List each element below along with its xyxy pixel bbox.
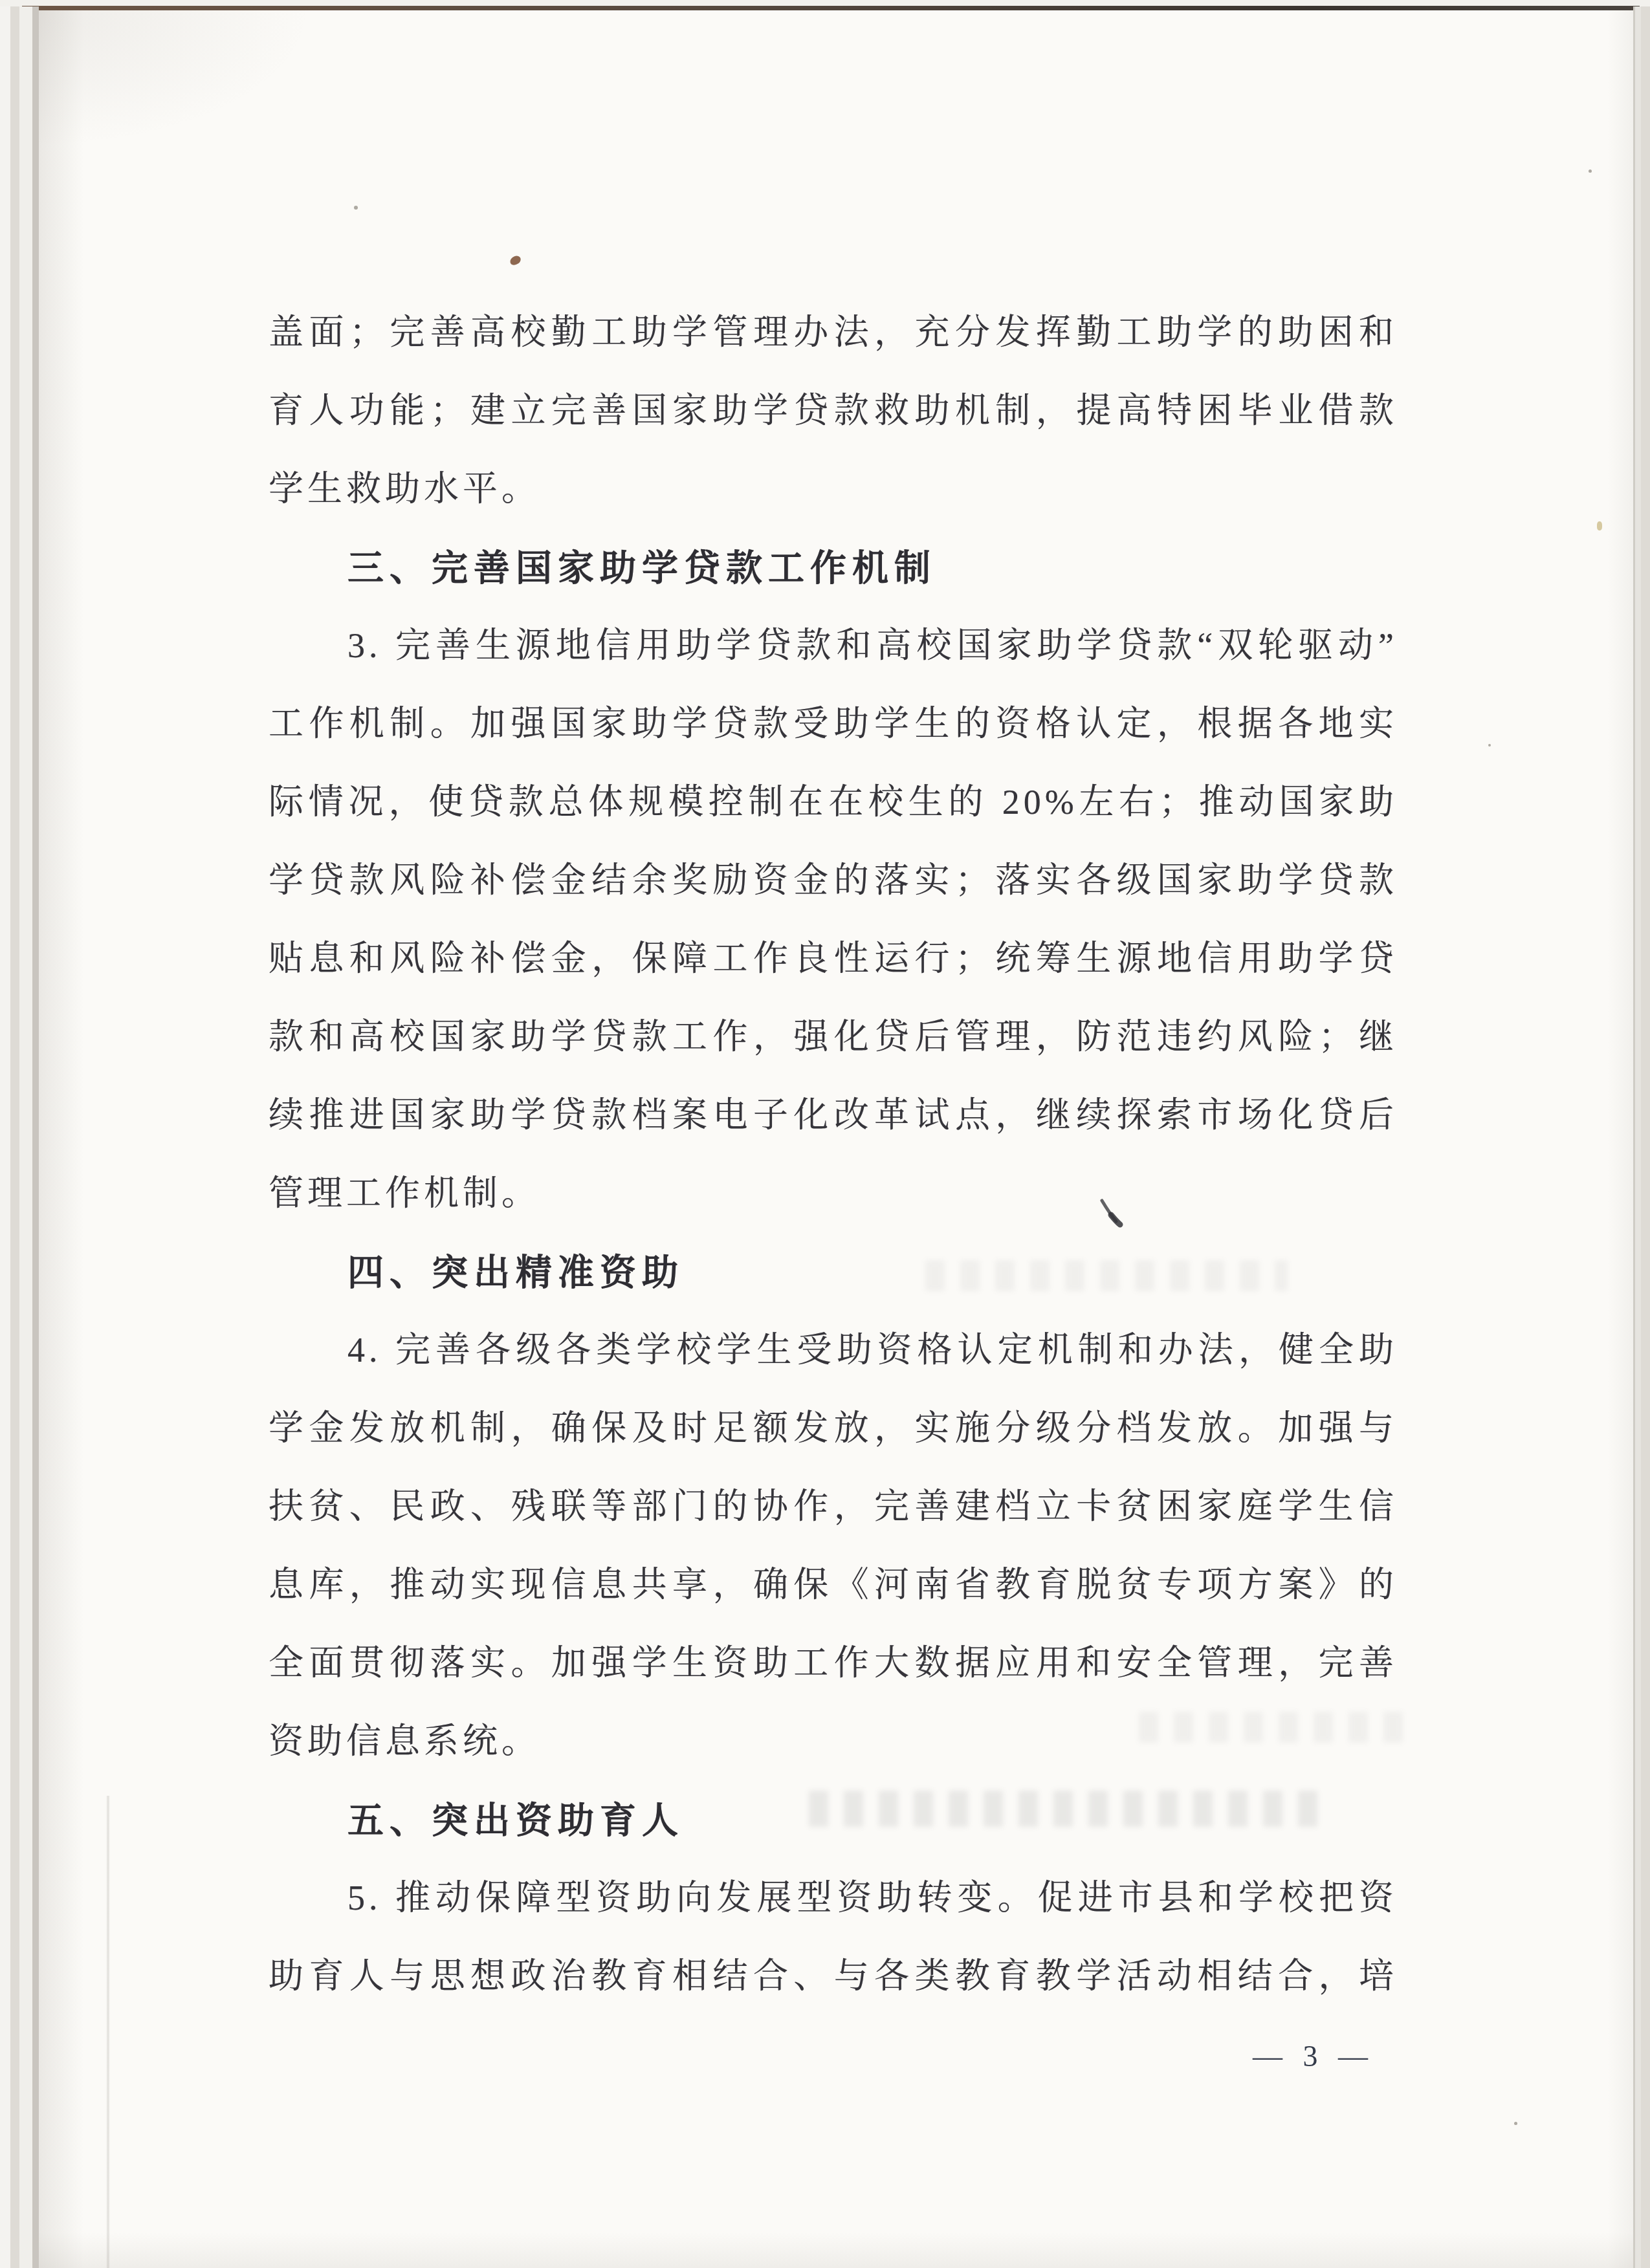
- body-text-line: 5. 推动保障型资助向发展型资助转变。促进市县和学校把资: [269, 1859, 1398, 1937]
- document-body: 盖面；完善高校勤工助学管理办法，充分发挥勤工助学的助困和 育人功能；建立完善国家…: [269, 294, 1398, 2016]
- paper-crease: [106, 1796, 110, 2268]
- body-text-line: 全面贯彻落实。加强学生资助工作大数据应用和安全管理，完善: [269, 1624, 1398, 1703]
- body-text-line: 助育人与思想政治教育相结合、与各类教育教学活动相结合，培: [269, 1937, 1398, 2016]
- body-text-line: 学贷款风险补偿金结余奖励资金的落实；落实各级国家助学贷款: [269, 842, 1398, 920]
- body-text-line: 息库，推动实现信息共享，确保《河南省教育脱贫专项方案》的: [269, 1546, 1398, 1624]
- body-text-line: 3. 完善生源地信用助学贷款和高校国家助学贷款“双轮驱动”: [269, 607, 1398, 685]
- scan-right-edge: [1633, 6, 1650, 2268]
- body-text-line: 盖面；完善高校勤工助学管理办法，充分发挥勤工助学的助困和: [269, 294, 1398, 372]
- body-text-line: 贴息和风险补偿金，保障工作良性运行；统筹生源地信用助学贷: [269, 920, 1398, 998]
- body-text-line: 续推进国家助学贷款档案电子化改革试点，继续探索市场化贷后: [269, 1076, 1398, 1155]
- page-top-edge: [22, 6, 1640, 10]
- bleedthrough-mark: [1139, 1712, 1411, 1743]
- scan-speck: [1589, 169, 1592, 173]
- body-text-line: 工作机制。加强国家助学贷款受助学生的资格认定，根据各地实: [269, 685, 1398, 763]
- bleedthrough-mark: [809, 1791, 1320, 1827]
- body-text-line: 育人功能；建立完善国家助学贷款救助机制，提高特困毕业借款: [269, 372, 1398, 450]
- page-number: — 3 —: [1210, 2034, 1417, 2079]
- scan-speck: [1488, 744, 1491, 747]
- scanned-document-page: 盖面；完善高校勤工助学管理办法，充分发挥勤工助学的助困和 育人功能；建立完善国家…: [0, 0, 1650, 2268]
- bleedthrough-mark: [925, 1260, 1288, 1291]
- scan-speck: [354, 206, 358, 210]
- paper-page: 盖面；完善高校勤工助学管理办法，充分发挥勤工助学的助困和 育人功能；建立完善国家…: [39, 10, 1633, 2268]
- body-text-line: 管理工作机制。: [269, 1155, 1398, 1233]
- scan-speck: [1597, 521, 1602, 530]
- body-text-line: 际情况，使贷款总体规模控制在在校生的 20%左右；推动国家助: [269, 763, 1398, 842]
- body-text-line: 款和高校国家助学贷款工作，强化贷后管理，防范违约风险；继: [269, 998, 1398, 1076]
- body-text-line: 学生救助水平。: [269, 450, 1398, 529]
- body-text-line: 扶贫、民政、残联等部门的协作，完善建档立卡贫困家庭学生信: [269, 1468, 1398, 1546]
- pen-mark: [1097, 1198, 1125, 1233]
- body-text-line: 学金发放机制，确保及时足额发放，实施分级分档发放。加强与: [269, 1390, 1398, 1468]
- body-text-line: 4. 完善各级各类学校学生受助资格认定机制和办法，健全助: [269, 1311, 1398, 1390]
- section-heading: 三、完善国家助学贷款工作机制: [269, 529, 1398, 607]
- scan-left-edge: [0, 6, 39, 2268]
- ink-speck: [509, 255, 522, 267]
- scan-speck: [1514, 2122, 1517, 2125]
